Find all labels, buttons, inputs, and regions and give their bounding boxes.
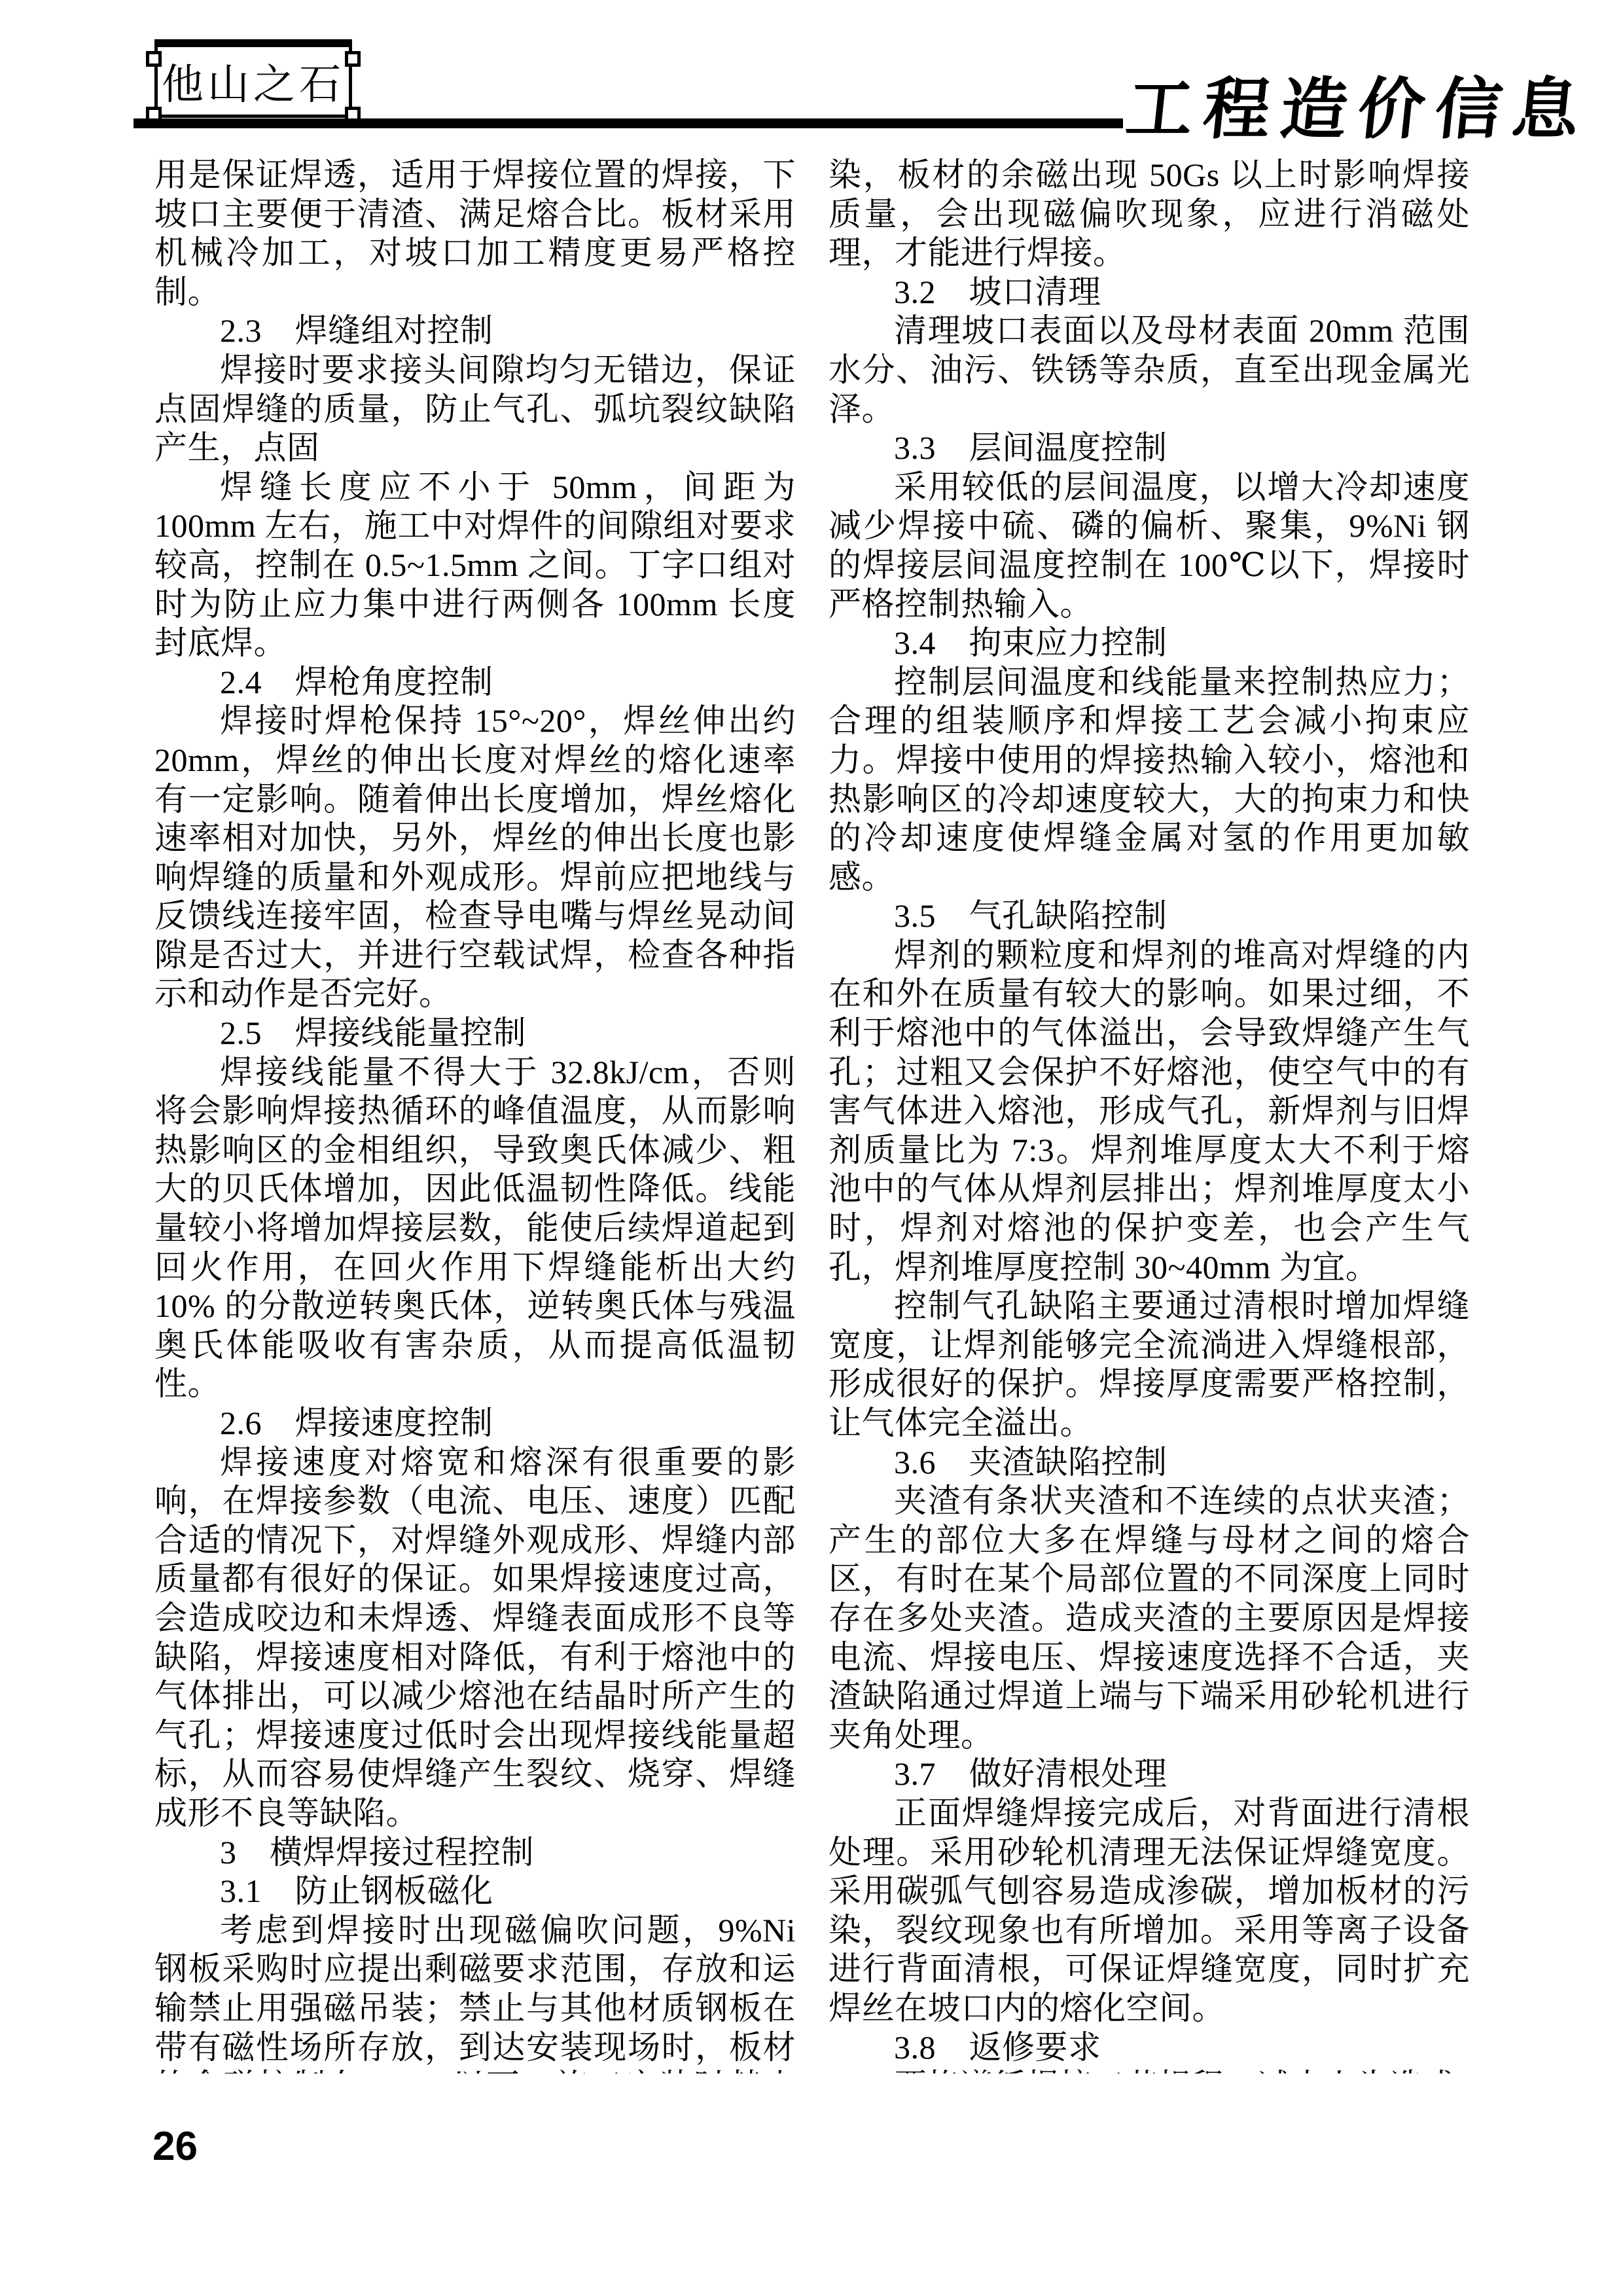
paragraph: 焊剂的颗粒度和焊剂的堆高对焊缝的内在和外在质量有较大的影响。如果过细，不利于熔池…	[829, 936, 1470, 1287]
column-title-box: 他山之石	[154, 39, 352, 118]
journal-masthead: 工程造价信息	[1122, 56, 1603, 152]
header-rule	[134, 118, 1123, 128]
paragraph: 用是保证焊透，适用于焊接位置的焊接，下坡口主要便于清渣、满足熔合比。板材采用机械…	[154, 156, 796, 312]
paragraph: 正面焊缝焊接完成后，对背面进行清根处理。采用砂轮机清理无法保证焊缝宽度。采用碳弧…	[829, 1794, 1470, 2028]
section-heading: 2.6 焊接速度控制	[154, 1404, 796, 1443]
paragraph: 控制气孔缺陷主要通过清根时增加焊缝宽度，让焊剂能够完全流淌进入焊缝根部，形成很好…	[829, 1287, 1470, 1443]
paragraph: 焊接时焊枪保持 15°~20°，焊丝伸出约 20mm，焊丝的伸出长度对焊丝的熔化…	[154, 702, 796, 1014]
paragraph: 考虑到焊接时出现磁偏吹问题，9%Ni 钢板采购时应提出剩磁要求范围，存放和运输禁…	[154, 1911, 796, 2073]
section-heading: 2.4 焊枪角度控制	[154, 663, 796, 702]
paragraph: 夹渣有条状夹渣和不连续的点状夹渣；产生的部位大多在焊缝与母材之间的熔合区，有时在…	[829, 1482, 1470, 1755]
paragraph: 焊接时要求接头间隙均匀无错边，保证点固焊缝的质量，防止气孔、弧坑裂纹缺陷产生，点…	[154, 351, 796, 468]
paragraph: 严格遵循焊接工艺规程，减少人为造成	[829, 2067, 1470, 2073]
frame-corner-icon	[345, 51, 361, 67]
section-heading: 3.5 气孔缺陷控制	[829, 897, 1470, 936]
paragraph: 焊接线能量不得大于 32.8kJ/cm，否则将会影响焊接热循环的峰值温度，从而影…	[154, 1053, 796, 1404]
section-heading: 3.6 夹渣缺陷控制	[829, 1443, 1470, 1482]
section-heading: 3.2 坡口清理	[829, 273, 1470, 312]
paragraph: 清理坡口表面以及母材表面 20mm 范围水分、油污、铁锈等杂质，直至出现金属光泽…	[829, 312, 1470, 429]
document-page: 他山之石 工程造价信息 用是保证焊透，适用于焊接位置的焊接，下坡口主要便于清渣、…	[0, 0, 1623, 2296]
section-heading: 2.5 焊接线能量控制	[154, 1014, 796, 1053]
left-text-column: 用是保证焊透，适用于焊接位置的焊接，下坡口主要便于清渣、满足熔合比。板材采用机械…	[154, 156, 796, 2073]
column-title: 他山之石	[162, 51, 345, 111]
section-heading: 3.8 返修要求	[829, 2028, 1470, 2068]
section-heading: 3.1 防止钢板磁化	[154, 1872, 796, 1911]
section-heading: 3.3 层间温度控制	[829, 429, 1470, 468]
paragraph: 焊接速度对熔宽和熔深有很重要的影响，在焊接参数（电流、电压、速度）匹配合适的情况…	[154, 1443, 796, 1833]
section-heading: 2.3 焊缝组对控制	[154, 312, 796, 351]
section-heading: 3.7 做好清根处理	[829, 1755, 1470, 1794]
paragraph: 染，板材的余磁出现 50Gs 以上时影响焊接质量，会出现磁偏吹现象，应进行消磁处…	[829, 156, 1470, 273]
paragraph: 焊缝长度应不小于 50mm，间距为 100mm 左右，施工中对焊件的间隙组对要求…	[154, 468, 796, 663]
section-heading: 3.4 拘束应力控制	[829, 624, 1470, 663]
paragraph: 采用较低的层间温度，以增大冷却速度减少焊接中硫、磷的偏析、聚集，9%Ni 钢的焊…	[829, 468, 1470, 624]
section-heading: 3 横焊焊接过程控制	[154, 1833, 796, 1873]
paragraph: 控制层间温度和线能量来控制热应力；合理的组装顺序和焊接工艺会减小拘束应力。焊接中…	[829, 663, 1470, 897]
right-text-column: 染，板材的余磁出现 50Gs 以上时影响焊接质量，会出现磁偏吹现象，应进行消磁处…	[829, 156, 1470, 2073]
page-number: 26	[152, 2123, 198, 2170]
frame-corner-icon	[146, 51, 162, 67]
